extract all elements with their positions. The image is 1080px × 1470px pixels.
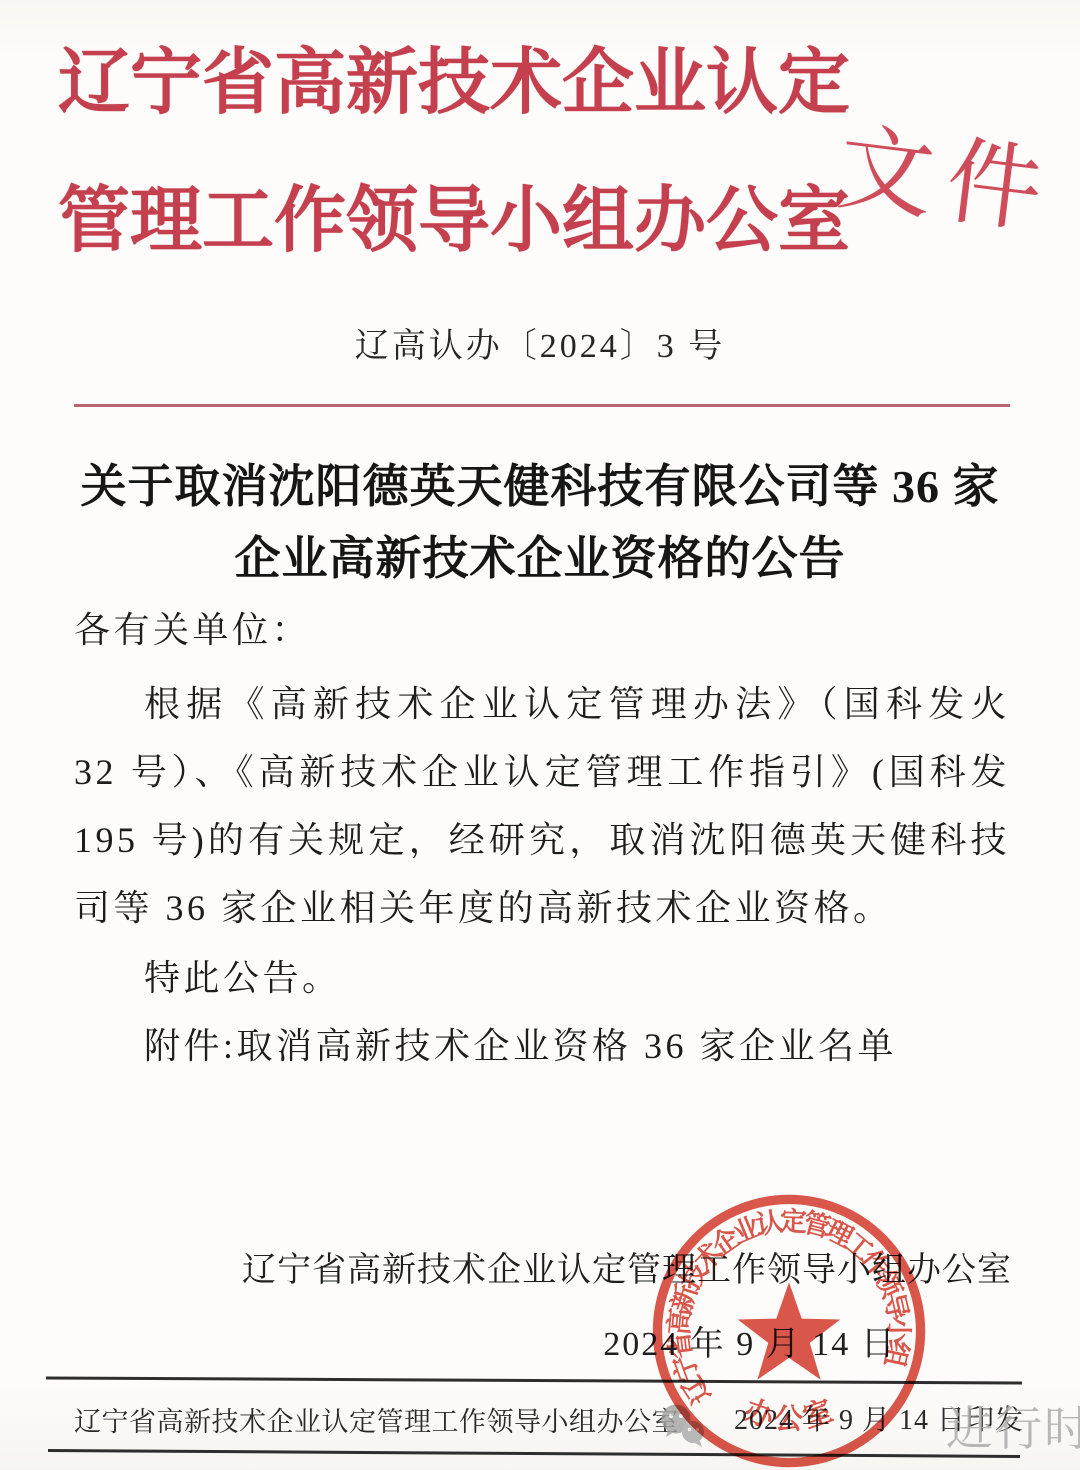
red-divider-rule xyxy=(74,404,1010,407)
seal-bottom-text: 办 公 室 xyxy=(740,1393,837,1435)
document-title-line-1: 关于取消沈阳德英天健科技有限公司等 36 家 xyxy=(0,450,1080,516)
letterhead-org-line-1: 辽宁省高新技术企业认定 xyxy=(58,24,858,128)
svg-text:办 公 室: 办 公 室 xyxy=(740,1393,837,1435)
paragraph-line: 32 号）、《高新技术企业认定管理工作指引》(国科发火〔2016〕 xyxy=(74,744,1010,790)
footer-issuer: 辽宁省高新技术企业认定管理工作领导小组办公室 xyxy=(74,1400,679,1439)
closing-statement: 特此公告。 xyxy=(144,950,342,1001)
document-page: 辽宁省高新技术企业认定 管理工作领导小组办公室 文件 辽高认办〔2024〕3 号… xyxy=(0,0,1080,1470)
letterhead-doc-type: 文件 xyxy=(831,92,1064,254)
paragraph-line: 根据《高新技术企业认定管理办法》（国科发火〔2016〕 xyxy=(74,676,1010,722)
media-watermark-text: 进行时 xyxy=(946,1392,1080,1459)
document-title-line-2: 企业高新技术企业资格的公告 xyxy=(0,522,1080,588)
salutation: 各有关单位： xyxy=(74,602,311,653)
document-number: 辽高认办〔2024〕3 号 xyxy=(0,318,1080,367)
seal-star-icon xyxy=(738,1282,841,1379)
official-seal: 辽宁省高新技术企业认定管理工作领导小组 办 公 室 xyxy=(644,1186,934,1470)
paragraph-line: 司等 36 家企业相关年度的高新技术企业资格。 xyxy=(74,880,1010,926)
paragraph-line: 195 号)的有关规定，经研究，取消沈阳德英天健科技有限公 xyxy=(74,812,1010,858)
attachment-note: 附件:取消高新技术企业资格 36 家企业名单 xyxy=(144,1018,897,1069)
letterhead-org-line-2: 管理工作领导小组办公室 xyxy=(58,162,858,266)
